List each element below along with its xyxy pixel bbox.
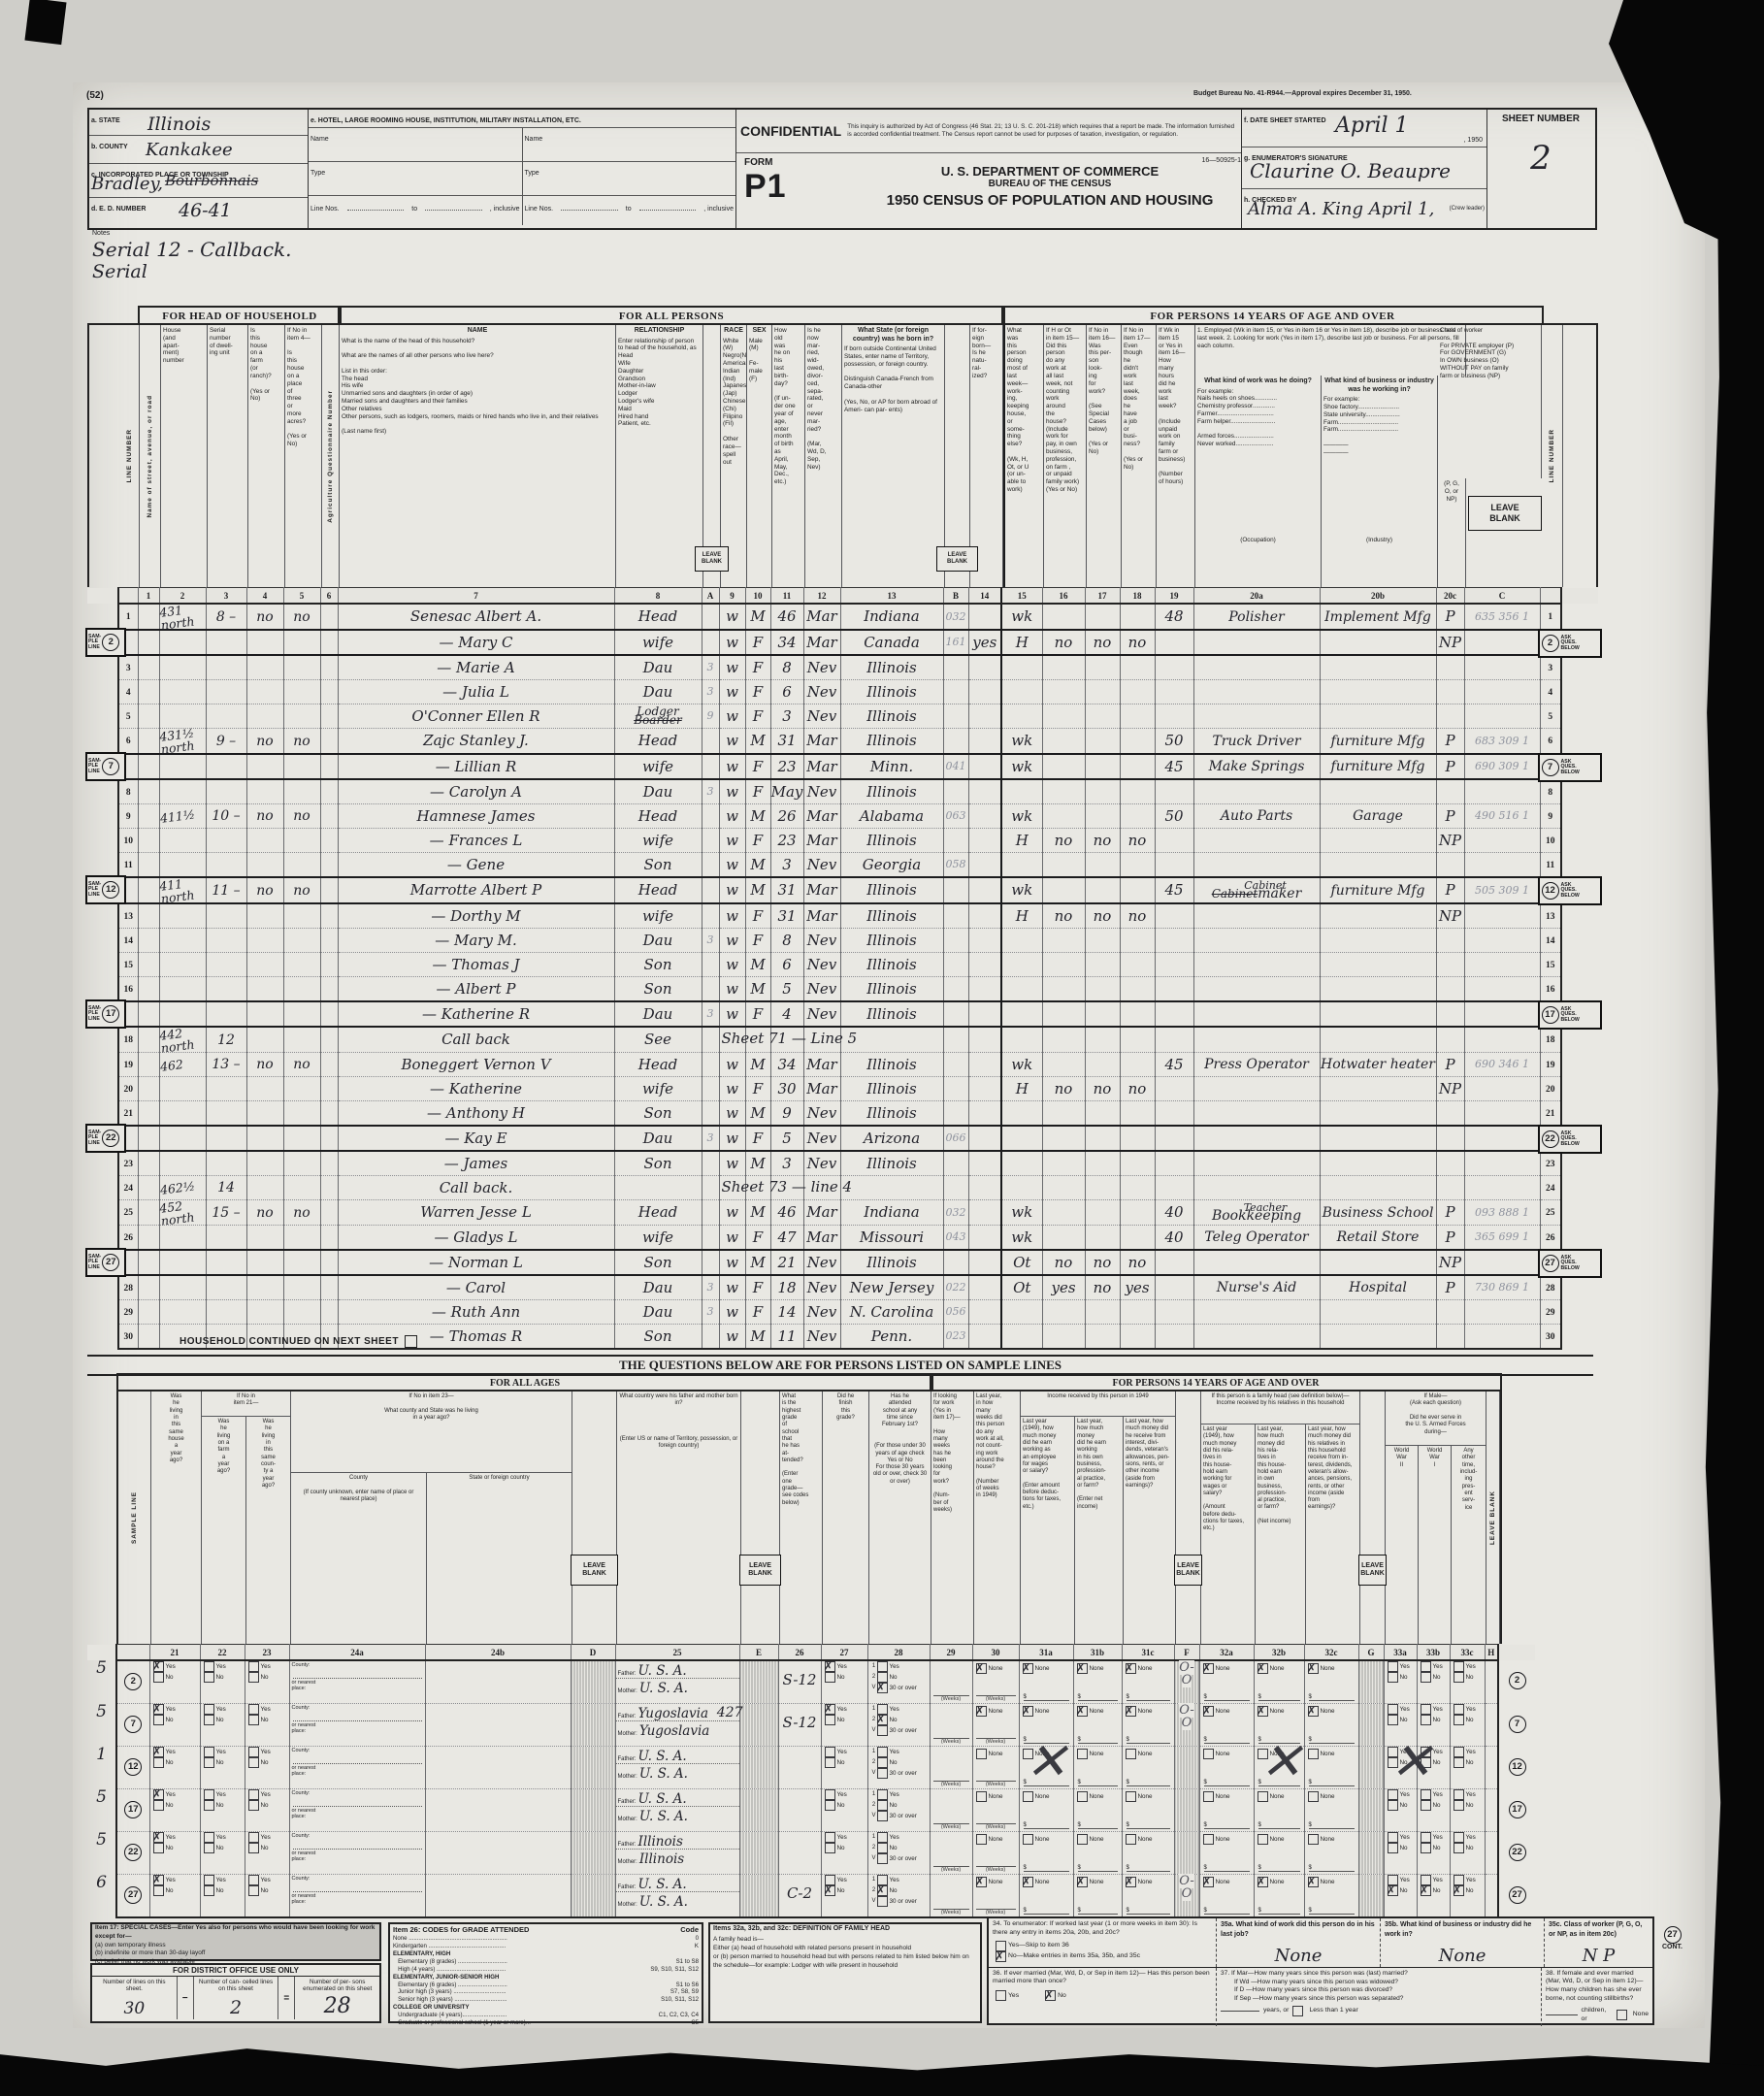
G-cell [1358,1832,1384,1875]
a-cell: 3 [702,680,719,704]
name-cell: — Dorthy M [338,903,614,929]
lnr-cell: 9 [1540,804,1561,829]
item37-line: If D —How many years since this person w… [1221,1986,1537,1995]
colnum-E: E [739,1645,778,1661]
n14-cell [968,1101,1001,1127]
race-cell: w [719,1001,745,1027]
yes-checkbox [825,1832,835,1843]
main-header-cell: How old was he on his last birth- day? (… [772,325,805,587]
rel-cell: Head [614,1053,702,1077]
addr-cell: 452 north [159,1200,206,1226]
agq-cell [320,829,338,853]
main-header-cell: Class of worker For PRIVATE employer (P)… [1438,325,1542,478]
d18-cell [1120,1101,1155,1127]
age-cell: 21 [770,1250,803,1275]
colnum-D: D [571,1645,615,1661]
addr-cell [159,1077,206,1101]
c-cell [1464,829,1540,853]
no-checkbox [248,1885,259,1896]
c24b-cell [425,1789,571,1832]
colnum-occ: 20a [1193,588,1320,605]
no-checkbox [1388,1885,1398,1896]
colnum-c32b: 32b [1254,1645,1304,1661]
occ-cell [1193,1077,1320,1101]
ind-cell [1320,1300,1436,1325]
d17-cell [1085,1126,1120,1151]
b-cell [943,829,968,853]
n14-cell [968,779,1001,804]
place-value: Bradley, [91,176,163,193]
agq-cell [320,1027,338,1053]
d16-cell [1042,779,1085,804]
lnr-cell: 28 [1540,1275,1561,1300]
c-cell [1464,1176,1540,1200]
sex-cell: F [745,1226,770,1251]
no-checkbox [1421,1672,1431,1683]
c-cell [1464,1300,1540,1325]
D-cell [571,1660,615,1704]
serial-cell [206,1151,246,1176]
yes-checkbox [248,1832,259,1843]
attend-checkbox [877,1725,888,1736]
sex-cell: F [745,1275,770,1300]
badgeL-cell [87,804,118,829]
a-cell [702,1226,719,1251]
person-row-29: 29— Ruth AnnDau3wF14NevN. Carolina05629 [87,1300,1598,1325]
no-checkbox [153,1800,164,1811]
mar-cell: Nev [803,655,840,680]
scan-edge-bottom [0,2024,1764,2096]
yes-checkbox [153,1789,164,1800]
c25-cell: Father:YugoslaviaMother:Yugoslavia427 [615,1704,739,1747]
agq-cell [320,953,338,977]
cls-cell [1436,853,1464,878]
cls-cell [1436,704,1464,729]
none-checkbox [1077,1834,1088,1845]
d17-cell [1085,1001,1120,1027]
mar-cell: Mar [803,1200,840,1226]
b-cell [943,1176,968,1200]
main-header-cell: House (and apart- ment) number [161,325,208,587]
c27-cell: YesNo [821,1832,867,1875]
sample-row-27: 627YesNoYesNoYesNoCounty:or nearest plac… [87,1875,1535,1918]
addr-cell [159,1300,206,1325]
hrs-cell [1155,680,1193,704]
q23-cell: YesNo [245,1832,289,1875]
badgeR-cell [1561,953,1598,977]
d15-cell [1001,1101,1042,1127]
badgeL-cell [87,977,118,1002]
cls-cell [1436,1176,1464,1200]
no-checkbox [1421,1757,1431,1768]
serial-cell: 11 – [206,877,246,903]
F-cell [1174,1789,1199,1832]
street-cell [138,1126,159,1151]
no-checkbox [248,1715,259,1725]
street-cell [138,729,159,755]
yes-checkbox [825,1661,835,1672]
street-cell [138,829,159,853]
main-header-cell: What kind of work was he doing?For examp… [1195,376,1322,535]
mar-cell: Mar [803,829,840,853]
d18-cell [1120,754,1155,779]
person-row-20: 20— KatherinewifewF30MarIllinoisHnononoN… [87,1077,1598,1101]
E-cell [739,1660,778,1704]
d18-cell [1120,877,1155,903]
yes-checkbox [1421,1832,1431,1843]
colnum-hrs: 19 [1155,588,1193,605]
grade-codes-box: Item 26: CODES for GRADE ATTENDED Code N… [388,1922,703,2023]
colnum-b: B [943,588,968,605]
person-row-21: 21— Anthony HSonwM9NevIllinois21 [87,1101,1598,1127]
item37-less-checkbox [1292,2006,1303,2016]
lnr-cell: 16 [1540,977,1561,1002]
badgeR-cell [1561,1226,1598,1251]
c31c-cell: None$ [1122,1747,1174,1789]
item-38: 38. If female and ever married (Mar, Wd,… [1542,1968,1652,2026]
sex-cell: F [745,680,770,704]
rel-cell: wife [614,1226,702,1251]
H-cell [1485,1660,1498,1704]
b-cell: 032 [943,1200,968,1226]
n14-cell [968,953,1001,977]
badgeR-cell: 12 [1498,1747,1535,1789]
attend-checkbox [877,1768,888,1779]
farm-cell [246,853,283,878]
street-cell [138,903,159,929]
c31b-cell: None$ [1073,1789,1122,1832]
no-checkbox [825,1843,835,1853]
item35a-answer: None [1221,1948,1376,1965]
born-cell: Illinois [840,704,943,729]
ln-cell: 16 [118,977,138,1002]
cls-cell: P [1436,1226,1464,1251]
yes-checkbox [1388,1747,1398,1757]
acres-cell: no [283,604,320,630]
main-header-cell: What State (or foreign country) was he b… [842,325,945,587]
rel-cell: Dau [614,680,702,704]
b-cell: 058 [943,853,968,878]
born-cell: Alabama [840,804,943,829]
none-checkbox [976,1791,987,1802]
ln-cell: 5 [118,704,138,729]
q23-cell: YesNo [245,1789,289,1832]
c32b-cell: None$ [1254,1747,1304,1789]
date-started-label: f. DATE SHEET STARTED [1242,116,1328,125]
D-cell [571,1875,615,1918]
born-cell: Canada [840,630,943,655]
colnum-q22: 22 [200,1645,245,1661]
d18-cell [1120,1226,1155,1251]
d15-cell [1001,655,1042,680]
c24b-cell [425,1747,571,1789]
c25-cell: Father:U. S. A.Mother:U. S. A. [615,1789,739,1832]
farm-cell [246,1126,283,1151]
c33b-cell: YesNo [1417,1704,1450,1747]
ln-cell: 25 [118,1200,138,1226]
race-cell: w [719,1151,745,1176]
mar-cell: Nev [803,1250,840,1275]
ln-cell: 9 [118,804,138,829]
yes-checkbox [204,1747,214,1757]
farm-cell [246,929,283,953]
lnr-cell: 30 [1540,1325,1561,1350]
sample-header-cell: Last year, in how many weeks did this pe… [974,1392,1021,1644]
colnum-c33b: 33b [1417,1645,1450,1661]
ind-cell [1320,1077,1436,1101]
sex-cell: F [745,754,770,779]
name-cell: — Anthony H [338,1101,614,1127]
person-row-27: SAM- PLE LINE27— Norman LSonwM21NevIllin… [87,1250,1598,1275]
b-cell: 066 [943,1126,968,1151]
main-header-cell: Is this house on a farm (or ranch)? (Yes… [248,325,285,587]
none-checkbox [1023,1791,1033,1802]
hrs-cell [1155,953,1193,977]
c27-cell: YesNo [821,1660,867,1704]
addr-cell: 462 [159,1053,206,1077]
street-cell [138,754,159,779]
addr-cell [159,1250,206,1275]
cls-cell: P [1436,754,1464,779]
c-cell [1464,929,1540,953]
yes-checkbox [153,1832,164,1843]
sample-header-cell: Was he living in this same coun- ty a ye… [246,1417,291,1644]
q23-cell: YesNo [245,1747,289,1789]
no-checkbox [204,1800,214,1811]
no-checkbox [1388,1757,1398,1768]
badgeL-cell [87,655,118,680]
acres-cell [283,1226,320,1251]
badgeR-cell [1561,829,1598,853]
d17-cell [1085,953,1120,977]
acres-cell [283,929,320,953]
H-cell [1485,1832,1498,1875]
no-checkbox [153,1672,164,1683]
colnum-H: H [1485,1645,1498,1661]
race-cell: w [719,804,745,829]
c25-cell: Father:U. S. A.Mother:U. S. A. [615,1747,739,1789]
main-header-cell: LINE NUMBER [120,325,140,587]
census-title: 1950 CENSUS OF POPULATION AND HOUSING [859,192,1241,209]
c28-cell: 1Yes2NoV30 or over [867,1875,930,1918]
c-cell: 635 356 1 [1464,604,1540,630]
addr-cell [159,829,206,853]
no-checkbox [1454,1757,1464,1768]
badgeR-cell [1561,1176,1598,1200]
addr-cell: 462½ [159,1176,206,1200]
attend-checkbox [877,1757,888,1768]
c31a-cell: None$ [1019,1704,1073,1747]
lnr-cell: 27ASK QUES. BELOW [1540,1250,1561,1275]
d16-cell [1042,729,1085,755]
household-continued: HOUSEHOLD CONTINUED ON NEXT SHEET [180,1335,417,1348]
cls-cell [1436,1300,1464,1325]
c33c-cell: YesNo [1450,1789,1485,1832]
acres-cell [283,655,320,680]
item-35c: 35c. Class of worker (P, G, O, or NP, as… [1545,1918,1652,1967]
person-row-9: 9411½10 –nonoHamnese JamesHeadwM26MarAla… [87,804,1598,829]
age-cell: 31 [770,903,803,929]
c32a-cell: None$ [1199,1789,1254,1832]
badgeL-cell [87,680,118,704]
age-cell: 3 [770,704,803,729]
section-14-and-over: FOR PERSONS 14 YEARS OF AGE AND OVER [1001,306,1544,325]
acres-cell [283,1250,320,1275]
no-checkbox [1454,1843,1464,1853]
born-cell: Illinois [840,1151,943,1176]
cls-cell [1436,1126,1464,1151]
d15-cell [1001,1126,1042,1151]
street-cell [138,1027,159,1053]
occ-cell [1193,655,1320,680]
F-cell [1174,1747,1199,1789]
age-cell: 23 [770,829,803,853]
item-35a: 35a. What kind of work did this person d… [1217,1918,1381,1967]
main-header-cell: 1. Employed (Wk in item 15, or Yes in it… [1195,325,1466,376]
yes-checkbox [204,1832,214,1843]
H-cell [1485,1704,1498,1747]
agq-cell [320,754,338,779]
d16-cell: yes [1042,1275,1085,1300]
occ-cell [1193,704,1320,729]
a-cell [702,953,719,977]
sex-cell: F [745,655,770,680]
hrs-cell [1155,1101,1193,1127]
yes-checkbox [153,1875,164,1885]
person-row-15: 15— Thomas JSonwM6NevIllinois15 [87,953,1598,977]
d15-cell: Ot [1001,1275,1042,1300]
d15-cell: wk [1001,1053,1042,1077]
c26-cell: C-2 [778,1875,821,1918]
c32b-cell: None$ [1254,1704,1304,1747]
street-cell [138,929,159,953]
c30-cell: None(Weeks) [972,1660,1019,1704]
agq-cell [320,1126,338,1151]
lnr-cell: 7ASK QUES. BELOW [1540,754,1561,779]
sample-header-cell: If Male— (Ask each question) Did he ever… [1386,1392,1486,1446]
ind-cell [1320,1001,1436,1027]
c-cell [1464,903,1540,929]
sex-cell: F [745,704,770,729]
serial-cell: 10 – [206,804,246,829]
mar-cell: Nev [803,853,840,878]
main-header-cell: If H or Ot in item 15— Did this person d… [1044,325,1087,587]
c33c-cell: YesNo [1450,1875,1485,1918]
colnum-c25: 25 [615,1645,739,1661]
badgeL-cell: SAM- PLE LINE7 [87,754,118,779]
main-header-cell: What kind of business or industry was he… [1322,376,1438,535]
leave-blank-label: LEAVE BLANK [571,1555,618,1586]
badgeL-cell: SAM- PLE LINE12 [87,877,118,903]
badgeR-cell [1561,680,1598,704]
street-cell [138,1226,159,1251]
addr-cell [159,1275,206,1300]
d18-cell: no [1120,630,1155,655]
sample-line-badge: SAM- PLE LINE7 [85,752,126,781]
agq-cell [320,1226,338,1251]
c-cell [1464,680,1540,704]
age-cell: 8 [770,929,803,953]
serial-cell: 9 – [206,729,246,755]
badgeL-cell [87,704,118,729]
d17-cell: no [1085,630,1120,655]
badgeR-cell [1561,604,1598,630]
person-row-13: 13— Dorthy MwifewF31MarIllinoisHnononoNP… [87,903,1598,929]
page-mark: (52) [86,90,104,101]
agq-cell [320,853,338,878]
special-cases-box: Item 17: SPECIAL CASES—Enter Yes also fo… [90,1922,381,1961]
n14-cell [968,853,1001,878]
yes-checkbox [153,1661,164,1672]
b-cell [943,929,968,953]
hrs-cell: 50 [1155,804,1193,829]
sex-cell: M [745,729,770,755]
sheet-number-label: SHEET NUMBER [1487,110,1594,124]
grade-code-line: Graduate or professional school (1 year … [390,2019,702,2027]
colnum-acres: 5 [283,588,320,605]
d15-cell: H [1001,1077,1042,1101]
c32a-cell: None$ [1199,1660,1254,1704]
born-cell: New Jersey [840,1275,943,1300]
n14-cell [968,903,1001,929]
a-cell: 9 [702,704,719,729]
d17-cell [1085,804,1120,829]
race-cell: w [719,1126,745,1151]
acres-cell [283,1077,320,1101]
person-row-28: 28— CarolDau3wF18NevNew Jersey022Otyesno… [87,1275,1598,1300]
ind-cell: Hotwater heater [1320,1053,1436,1077]
c-cell: 690 309 1 [1464,754,1540,779]
farm-cell: no [246,1053,283,1077]
yes-checkbox [825,1789,835,1800]
a-cell [702,853,719,878]
sex-cell: F [745,829,770,853]
born-cell: Illinois [840,729,943,755]
sample-header-cell: LEAVE BLANK [1360,1392,1386,1644]
occ-cell: Auto Parts [1193,804,1320,829]
grade-code-line: Elementary (6 grades) ..................… [390,1981,702,1989]
hrs-cell: 45 [1155,754,1193,779]
sample-line-badge: SAM- PLE LINE22 [85,1124,126,1153]
ln-cell: 21 [118,1101,138,1127]
colnum-c: C [1464,588,1540,605]
c-cell [1464,1001,1540,1027]
d16-cell: no [1042,1077,1085,1101]
colnum-c26: 26 [778,1645,821,1661]
attend-checkbox [877,1800,888,1811]
age-cell: 34 [770,1053,803,1077]
d17-cell [1085,754,1120,779]
colnum-born: 13 [840,588,943,605]
hrs-cell: 45 [1155,877,1193,903]
d17-cell [1085,1300,1120,1325]
d17-cell [1085,1325,1120,1350]
acres-cell [283,1001,320,1027]
lnr-cell: 6 [1540,729,1561,755]
rel-cell: Head [614,877,702,903]
occ-cell: Nurse's Aid [1193,1275,1320,1300]
sample-line-badge: SAM- PLE LINE12 [85,875,126,904]
name-cell: — James [338,1151,614,1176]
d16-cell: no [1042,1250,1085,1275]
no-checkbox [204,1715,214,1725]
c33a-cell: YesNo [1384,1660,1417,1704]
sex-cell: F [745,1300,770,1325]
geography-block: a. STATE Illinois b. COUNTY Kankakee c. … [89,110,309,228]
cls-cell: NP [1436,903,1464,929]
none-checkbox [1077,1877,1088,1887]
main-header-cell: LEAVE BLANK [945,325,970,587]
